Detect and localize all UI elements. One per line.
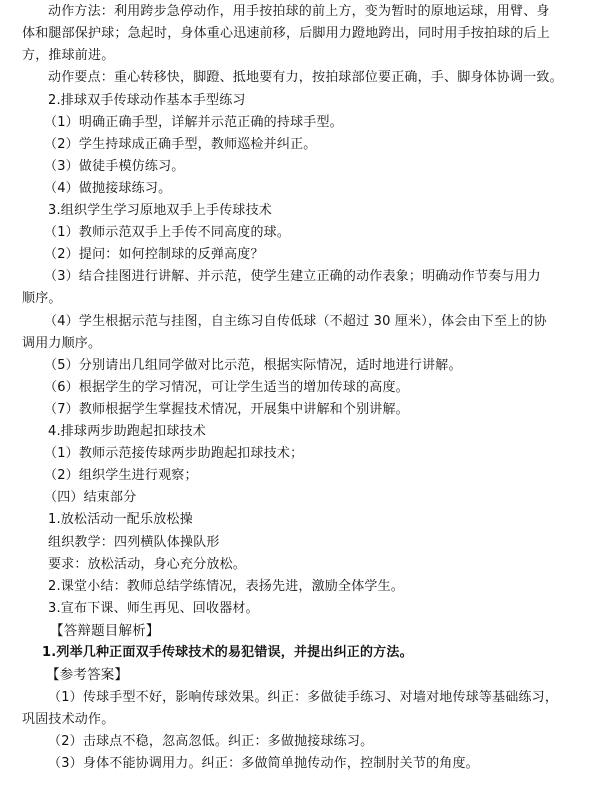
text-line: （四）结束部分 bbox=[44, 488, 136, 508]
text-line: 2.排球双手传球动作基本手型练习 bbox=[48, 91, 246, 111]
text-line: （2）组织学生进行观察； bbox=[44, 466, 198, 486]
document-page: 动作方法：利用跨步急停动作，用手按拍球的前上方，变为暂时的原地运球，用臂、身体和… bbox=[0, 0, 600, 786]
text-line: 3.组织学生学习原地双手上手传球技术 bbox=[48, 201, 272, 221]
text-line: （3）结合挂图进行讲解、并示范，使学生建立正确的动作表象；明确动作节奏与用力 bbox=[44, 267, 541, 287]
text-line: 体和腿部保护球；急起时，身体重心迅速前移，后脚用力蹬地跨出，同时用手按拍球的后上 bbox=[22, 24, 550, 44]
text-line: 3.宣布下课、师生再见、回收器材。 bbox=[48, 599, 259, 619]
text-line: （3）身体不能协调用力。纠正：多做简单抛传动作，控制肘关节的角度。 bbox=[48, 754, 479, 774]
text-line: （5）分别请出几组同学做对比示范，根据实际情况，适时地进行讲解。 bbox=[44, 356, 462, 376]
text-line: （4）学生根据示范与挂图，自主练习自传低球（不超过 30 厘米），体会由下至上的… bbox=[44, 312, 547, 332]
text-line: 顺序。 bbox=[22, 289, 62, 309]
text-line: （2）击球点不稳，忽高忽低。纠正：多做抛接球练习。 bbox=[48, 732, 373, 752]
text-line: （1）传球手型不好，影响传球效果。纠正：多做徒手练习、对墙对地传球等基础练习， bbox=[48, 688, 558, 708]
text-line: 巩固技术动作。 bbox=[22, 710, 114, 730]
text-line: （2）提问：如何控制球的反弹高度？ bbox=[44, 245, 264, 265]
text-line: 动作要点：重心转移快，脚蹬、抵地要有力，按拍球部位要正确，手、脚身体协调一致。 bbox=[48, 68, 563, 88]
section-heading: 【答辩题目解析】 bbox=[50, 621, 160, 641]
text-line: 动作方法：利用跨步急停动作，用手按拍球的前上方，变为暂时的原地运球，用臂、身 bbox=[48, 2, 550, 22]
text-line: （4）做抛接球练习。 bbox=[44, 179, 171, 199]
text-line: 方，推球前进。 bbox=[22, 46, 114, 66]
question-text: 1.列举几种正面双手传球技术的易犯错误，并提出纠正的方法。 bbox=[42, 643, 413, 663]
text-line: （7）教师根据学生掌握技术情况，开展集中讲解和个别讲解。 bbox=[44, 400, 409, 420]
text-line: 2.课堂小结：教师总结学练情况，表扬先进，激励全体学生。 bbox=[48, 577, 404, 597]
text-line: 要求：放松活动，身心充分放松。 bbox=[48, 555, 246, 575]
text-line: （1）教师示范双手上手传不同高度的球。 bbox=[44, 223, 290, 243]
text-line: （1）教师示范接传球两步助跑起扣球技术； bbox=[44, 444, 303, 464]
section-heading: 【参考答案】 bbox=[46, 665, 128, 685]
text-line: 4.排球两步助跑起扣球技术 bbox=[48, 422, 206, 442]
text-line: 组织教学：四列横队体操队形 bbox=[48, 533, 220, 553]
text-line: （6）根据学生的学习情况，可让学生适当的增加传球的高度。 bbox=[44, 378, 409, 398]
text-line: 1.放松活动一配乐放松操 bbox=[48, 510, 193, 530]
text-line: （2）学生持球成正确手型，教师巡检并纠正。 bbox=[44, 135, 316, 155]
text-line: 调用力顺序。 bbox=[22, 334, 101, 354]
text-line: （3）做徒手模仿练习。 bbox=[44, 157, 184, 177]
text-line: （1）明确正确手型，详解并示范正确的持球手型。 bbox=[44, 113, 343, 133]
